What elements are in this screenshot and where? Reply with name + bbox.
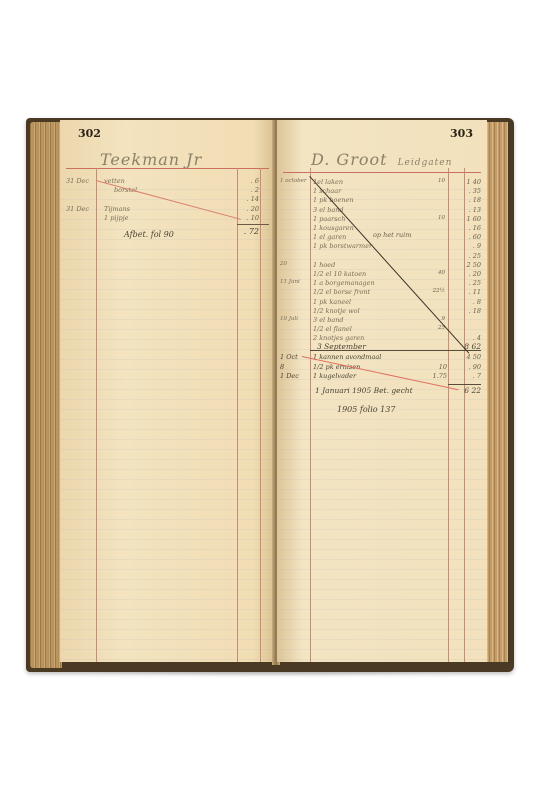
entry-amount: . 7 — [473, 372, 481, 380]
entry-amount: . 25 — [469, 279, 481, 287]
entry-amount: . 18 — [469, 196, 481, 204]
entry-amount: 1 60 — [467, 215, 481, 223]
entry-amount: 1 40 — [467, 178, 481, 186]
entry-quantity: 40 — [438, 270, 445, 276]
entry-date: 8 — [280, 363, 284, 371]
margin-note: op het ruim — [373, 231, 411, 239]
page-number: 303 — [450, 127, 473, 140]
entry-quantity: 10 — [438, 215, 445, 221]
carry-forward: 1 Januari 1905 Bet. gecht — [315, 386, 413, 395]
entry-quantity: 10 — [439, 363, 447, 371]
page-number: 302 — [78, 127, 101, 140]
entry-description: 1 kugelvader — [313, 372, 356, 380]
right-page: 303 D. GrootLeidgaten 1 october1el laken… — [277, 120, 487, 662]
entry-description: 1/2 el 10 katoen — [313, 270, 366, 278]
entry-amount: . 20 — [469, 270, 481, 278]
entry-amount: . 13 — [469, 206, 481, 214]
entry-amount: 4 50 — [467, 353, 481, 361]
entry-description: 1 paarsch — [313, 215, 345, 223]
entry-description: Tijmans — [104, 205, 130, 213]
entry-amount: . 90 — [469, 363, 481, 371]
page-edges-left — [30, 122, 62, 668]
entry-date: 1 october — [280, 178, 307, 184]
entry-amount: . 18 — [469, 307, 481, 315]
entry-description: 1/2 el borse front — [313, 288, 370, 296]
entry-amount: . 60 — [469, 233, 481, 241]
entry-description: 1 pijpje — [104, 214, 128, 222]
entry-description: 3 el band — [313, 316, 344, 324]
left-page: 302 Teekman Jr 31 Dec vetten . 6 borstel… — [60, 120, 275, 662]
page-edges-right — [486, 122, 508, 662]
entry-description: 1 pk kaneel — [313, 298, 351, 306]
entry-amount: . 10 — [247, 214, 259, 222]
entry-amount: . 9 — [473, 242, 481, 250]
entry-quantity: 22½ — [433, 288, 445, 294]
entry-amount: . 16 — [469, 224, 481, 232]
entry-date: 20 — [280, 261, 287, 267]
entry-quantity: 9 — [442, 316, 446, 322]
note: Afbet. fol 90 — [124, 230, 174, 239]
entry-amount: . 14 — [247, 195, 259, 203]
entry-amount: . 2 — [251, 186, 259, 194]
entry-description: 1/2 el flanel — [313, 325, 352, 333]
entry-description: 1/2 knotje wol — [313, 307, 360, 315]
entry-description: 1 pk borstwarmer — [313, 242, 372, 250]
entry-description: 1 a borgemanagen — [313, 279, 375, 287]
folio-reference: 1905 folio 137 — [337, 405, 395, 414]
entry-quantity: 10 — [438, 178, 445, 184]
entry-amount: 2 50 — [467, 261, 481, 269]
entry-quantity: 1.75 — [433, 372, 447, 380]
entry-amount: . 8 — [473, 298, 481, 306]
entry-amount: . 11 — [469, 288, 481, 296]
entry-total: . 72 — [244, 227, 259, 236]
carry-forward-amount: 6 22 — [464, 386, 481, 395]
entry-amount: . 25 — [469, 252, 481, 260]
account-name: D. GrootLeidgaten — [311, 150, 452, 169]
entry-date: 11 Juni — [280, 279, 300, 285]
entry-amount: . 35 — [469, 187, 481, 195]
entry-date: 31 Dec — [66, 205, 89, 213]
entry-date: 1 Dec — [280, 372, 299, 380]
entry-description: 1 kousgaren — [313, 224, 354, 232]
entry-description: 1 hoed — [313, 261, 335, 269]
account-name: Teekman Jr — [100, 150, 202, 169]
entry-date: 10 Juli — [280, 316, 298, 322]
entry-date: 31 Dec — [66, 177, 89, 185]
entry-amount: . 20 — [247, 205, 259, 213]
entry-description: 1 schaar — [313, 187, 341, 195]
entry-date: 1 Oct — [280, 353, 298, 361]
entry-amount: . 6 — [251, 177, 259, 185]
entry-description: 1 el garen — [313, 233, 346, 241]
